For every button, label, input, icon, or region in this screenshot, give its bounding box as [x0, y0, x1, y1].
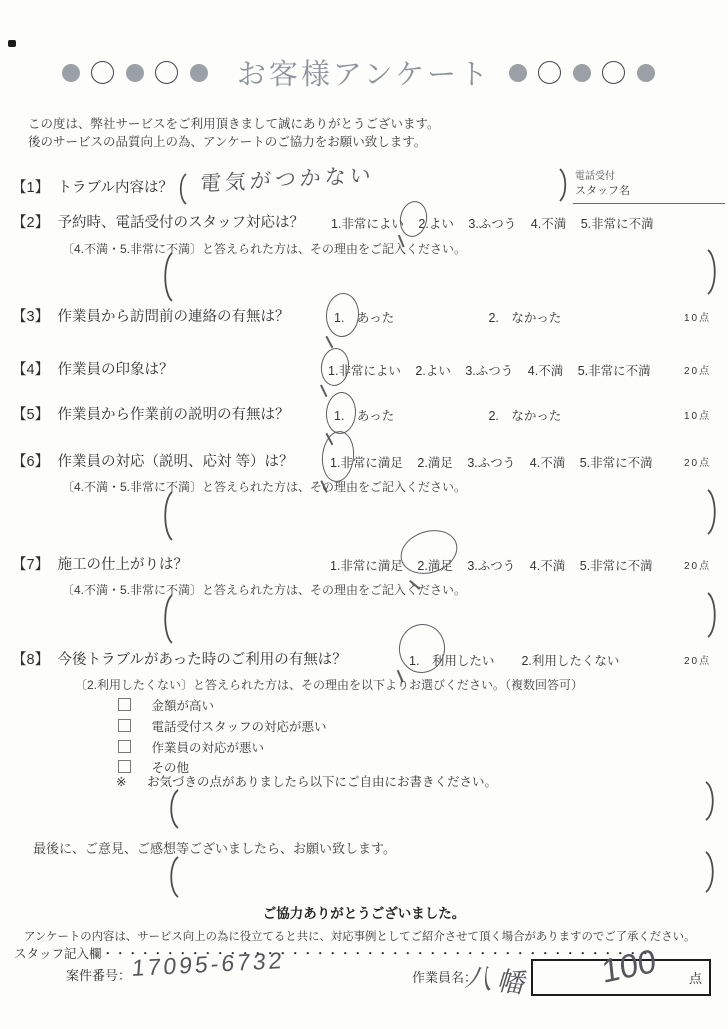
question-3: 【3】 作業員から訪問前の連絡の有無は？	[12, 305, 290, 326]
option: 4.不満	[530, 559, 565, 573]
decor-circle-filled-icon	[126, 64, 144, 82]
question-3-text: 作業員から訪問前の連絡の有無は？	[58, 309, 290, 325]
intro-line-1: この度は、弊社サービスをご利用頂きまして誠にありがとうございます。	[28, 115, 440, 133]
decor-circle-filled-icon	[62, 64, 80, 82]
decor-circles-left	[62, 61, 215, 84]
handwritten-circle-q4	[319, 347, 351, 388]
checkbox-row: 金額が高い	[118, 696, 214, 715]
question-7-reason-note: 〔4.不満・5.非常に不満〕と答えられた方は、その理由をご記入ください。	[62, 581, 466, 598]
checkbox-icon	[118, 698, 131, 711]
staff-note-bracket	[558, 167, 570, 203]
decor-circle-filled-icon	[573, 64, 591, 82]
question-4-number: 【4】	[12, 362, 49, 378]
question-4: 【4】 作業員の印象は？	[12, 358, 174, 379]
question-7-text: 施工の仕上がりは？	[58, 557, 189, 573]
free-text-bracket-right	[704, 780, 718, 822]
question-5: 【5】 作業員から作業前の説明の有無は？	[12, 403, 290, 424]
checkbox-label: 電話受付スタッフの対応が悪い	[151, 720, 326, 734]
option: 1.非常に満足	[330, 559, 403, 573]
checkbox-icon	[118, 719, 131, 732]
option: 2.よい	[415, 364, 450, 378]
staff-name-underline	[573, 203, 725, 204]
page-title: お客様アンケート	[237, 52, 491, 93]
free-text-bracket-right	[704, 850, 718, 894]
free-text-bracket-left	[160, 490, 174, 542]
scan-artifact	[8, 40, 16, 47]
question-7-options: 1.非常に満足 2.満足 3.ふつう 4.不満 5.非常に不満	[330, 556, 664, 574]
handwritten-circle-q3	[325, 292, 361, 338]
handwritten-worker-name: 八幡	[462, 956, 537, 1002]
question-2-text: 予約時、電話受付のスタッフ対応は？	[58, 215, 305, 231]
option: 4.不満	[530, 456, 565, 470]
handwritten-circle-q6	[319, 429, 356, 483]
question-1: 【1】 トラブル内容は？	[12, 176, 173, 197]
thanks-line: ご協力ありがとうございました。	[263, 902, 466, 922]
free-text-bracket-right	[706, 488, 720, 536]
question-8-text: 今後トラブルがあった時のご利用の有無は？	[58, 652, 347, 668]
question-2: 【2】 予約時、電話受付のスタッフ対応は？	[12, 211, 304, 232]
question-2-reason-note: 〔4.不満・5.非常に不満〕と答えられた方は、その理由をご記入ください。	[62, 240, 466, 257]
option: 5.非常に不満	[580, 456, 653, 470]
final-request: 最後に、ご意見、ご感想等ございましたら、お願い致します。	[33, 838, 396, 857]
decor-circles-right	[509, 61, 662, 84]
question-4-points: 20点	[684, 362, 711, 377]
case-number-label: 案件番号：	[66, 965, 131, 984]
checkbox-icon	[118, 740, 131, 753]
option: 5.非常に不満	[578, 364, 651, 378]
question-6: 【6】 作業員の対応（説明、応対 等）は？	[12, 450, 294, 471]
question-2-number: 【2】	[12, 215, 49, 231]
free-text-bracket-left	[160, 593, 174, 645]
option: 3.ふつう	[465, 364, 513, 378]
free-note-text: お気づきの点がありましたら以下にご自由にお書きください。	[147, 775, 497, 789]
staff-note-line-2: スタッフ名	[575, 182, 630, 198]
free-text-bracket-right	[706, 591, 720, 639]
option: 3.ふつう	[468, 217, 516, 231]
handwritten-circle-q2	[397, 199, 430, 239]
question-5-points: 10点	[684, 407, 711, 422]
question-8: 【8】 今後トラブルがあった時のご利用の有無は？	[12, 648, 347, 669]
reference-mark: ※	[116, 775, 126, 789]
score-unit: 点	[689, 968, 702, 987]
question-4-text: 作業員の印象は？	[58, 362, 174, 378]
question-2-options: 1.非常によい 2.よい 3.ふつう 4.不満 5.非常に不満	[331, 214, 665, 232]
question-1-number: 【1】	[12, 180, 49, 196]
free-text-bracket-left	[166, 788, 180, 830]
scanned-survey-page: お客様アンケート この度は、弊社サービスをご利用頂きまして誠にありがとうございま…	[0, 0, 728, 1029]
question-4-options: 1.非常によい 2.よい 3.ふつう 4.不満 5.非常に不満	[328, 361, 662, 379]
option: 3.ふつう	[467, 456, 515, 470]
checkbox-row: 作業員の対応が悪い	[118, 738, 264, 757]
option: 2. なかった	[488, 311, 561, 325]
checkbox-row: 電話受付スタッフの対応が悪い	[118, 717, 326, 736]
question-3-options: 1. あった 2. なかった	[334, 308, 572, 326]
option: 2.利用したくない	[521, 654, 619, 668]
staff-note-line-1: 電話受付	[575, 167, 615, 182]
question-7-number: 【7】	[12, 557, 49, 573]
question-6-number: 【6】	[12, 454, 49, 470]
question-1-text: トラブル内容は？	[58, 180, 173, 196]
intro-line-2: 後のサービスの品質向上の為、アンケートのご協力をお願い致します。	[28, 133, 426, 151]
option: 2. なかった	[488, 409, 561, 423]
checkbox-label: 金額が高い	[151, 699, 214, 713]
question-6-points: 20点	[684, 454, 711, 469]
decor-circle-outline-icon	[91, 61, 114, 84]
staff-entry-label: スタッフ記入欄	[14, 947, 102, 961]
free-text-bracket-left	[160, 251, 174, 303]
decor-circle-outline-icon	[538, 61, 561, 84]
question-3-number: 【3】	[12, 309, 49, 325]
question-8-points: 20点	[684, 652, 711, 667]
option: 5.非常に不満	[581, 217, 654, 231]
question-5-options: 1. あった 2. なかった	[334, 406, 572, 424]
question-6-options: 1.非常に満足 2.満足 3.ふつう 4.不満 5.非常に不満	[330, 453, 664, 471]
question-7-points: 20点	[684, 557, 711, 572]
checkbox-label: 作業員の対応が悪い	[151, 741, 264, 755]
handwritten-answer-q1: 電気がつかない	[199, 159, 376, 198]
option: 4.不満	[528, 364, 563, 378]
decor-circle-filled-icon	[637, 64, 655, 82]
question-7: 【7】 施工の仕上がりは？	[12, 553, 188, 574]
decor-circle-filled-icon	[509, 64, 527, 82]
question-8-reason-note: 〔2.利用したくない〕と答えられた方は、その理由を以下よりお選びください。（複数…	[75, 676, 583, 693]
question-8-number: 【8】	[12, 652, 49, 668]
option: 3.ふつう	[467, 559, 515, 573]
question-5-number: 【5】	[12, 407, 49, 423]
answer-bracket-left	[176, 172, 188, 206]
question-6-text: 作業員の対応（説明、応対 等）は？	[58, 454, 294, 470]
handwritten-circle-q5	[325, 391, 358, 435]
question-5-text: 作業員から作業前の説明の有無は？	[58, 407, 290, 423]
question-3-points: 10点	[684, 309, 711, 324]
decor-circle-outline-icon	[155, 61, 178, 84]
free-text-bracket-left	[166, 855, 180, 899]
decor-circle-filled-icon	[190, 64, 208, 82]
question-6-reason-note: 〔4.不満・5.非常に不満〕と答えられた方は、その理由をご記入ください。	[62, 478, 466, 495]
decor-circle-outline-icon	[602, 61, 625, 84]
free-text-bracket-right	[706, 248, 720, 296]
disclaimer: アンケートの内容は、サービス向上の為に役立てると共に、対応事例としてご紹介させて…	[24, 928, 695, 944]
option: 2.満足	[417, 456, 452, 470]
option: 4.不満	[531, 217, 566, 231]
option: 5.非常に不満	[580, 559, 653, 573]
option: 1.非常によい	[331, 217, 404, 231]
